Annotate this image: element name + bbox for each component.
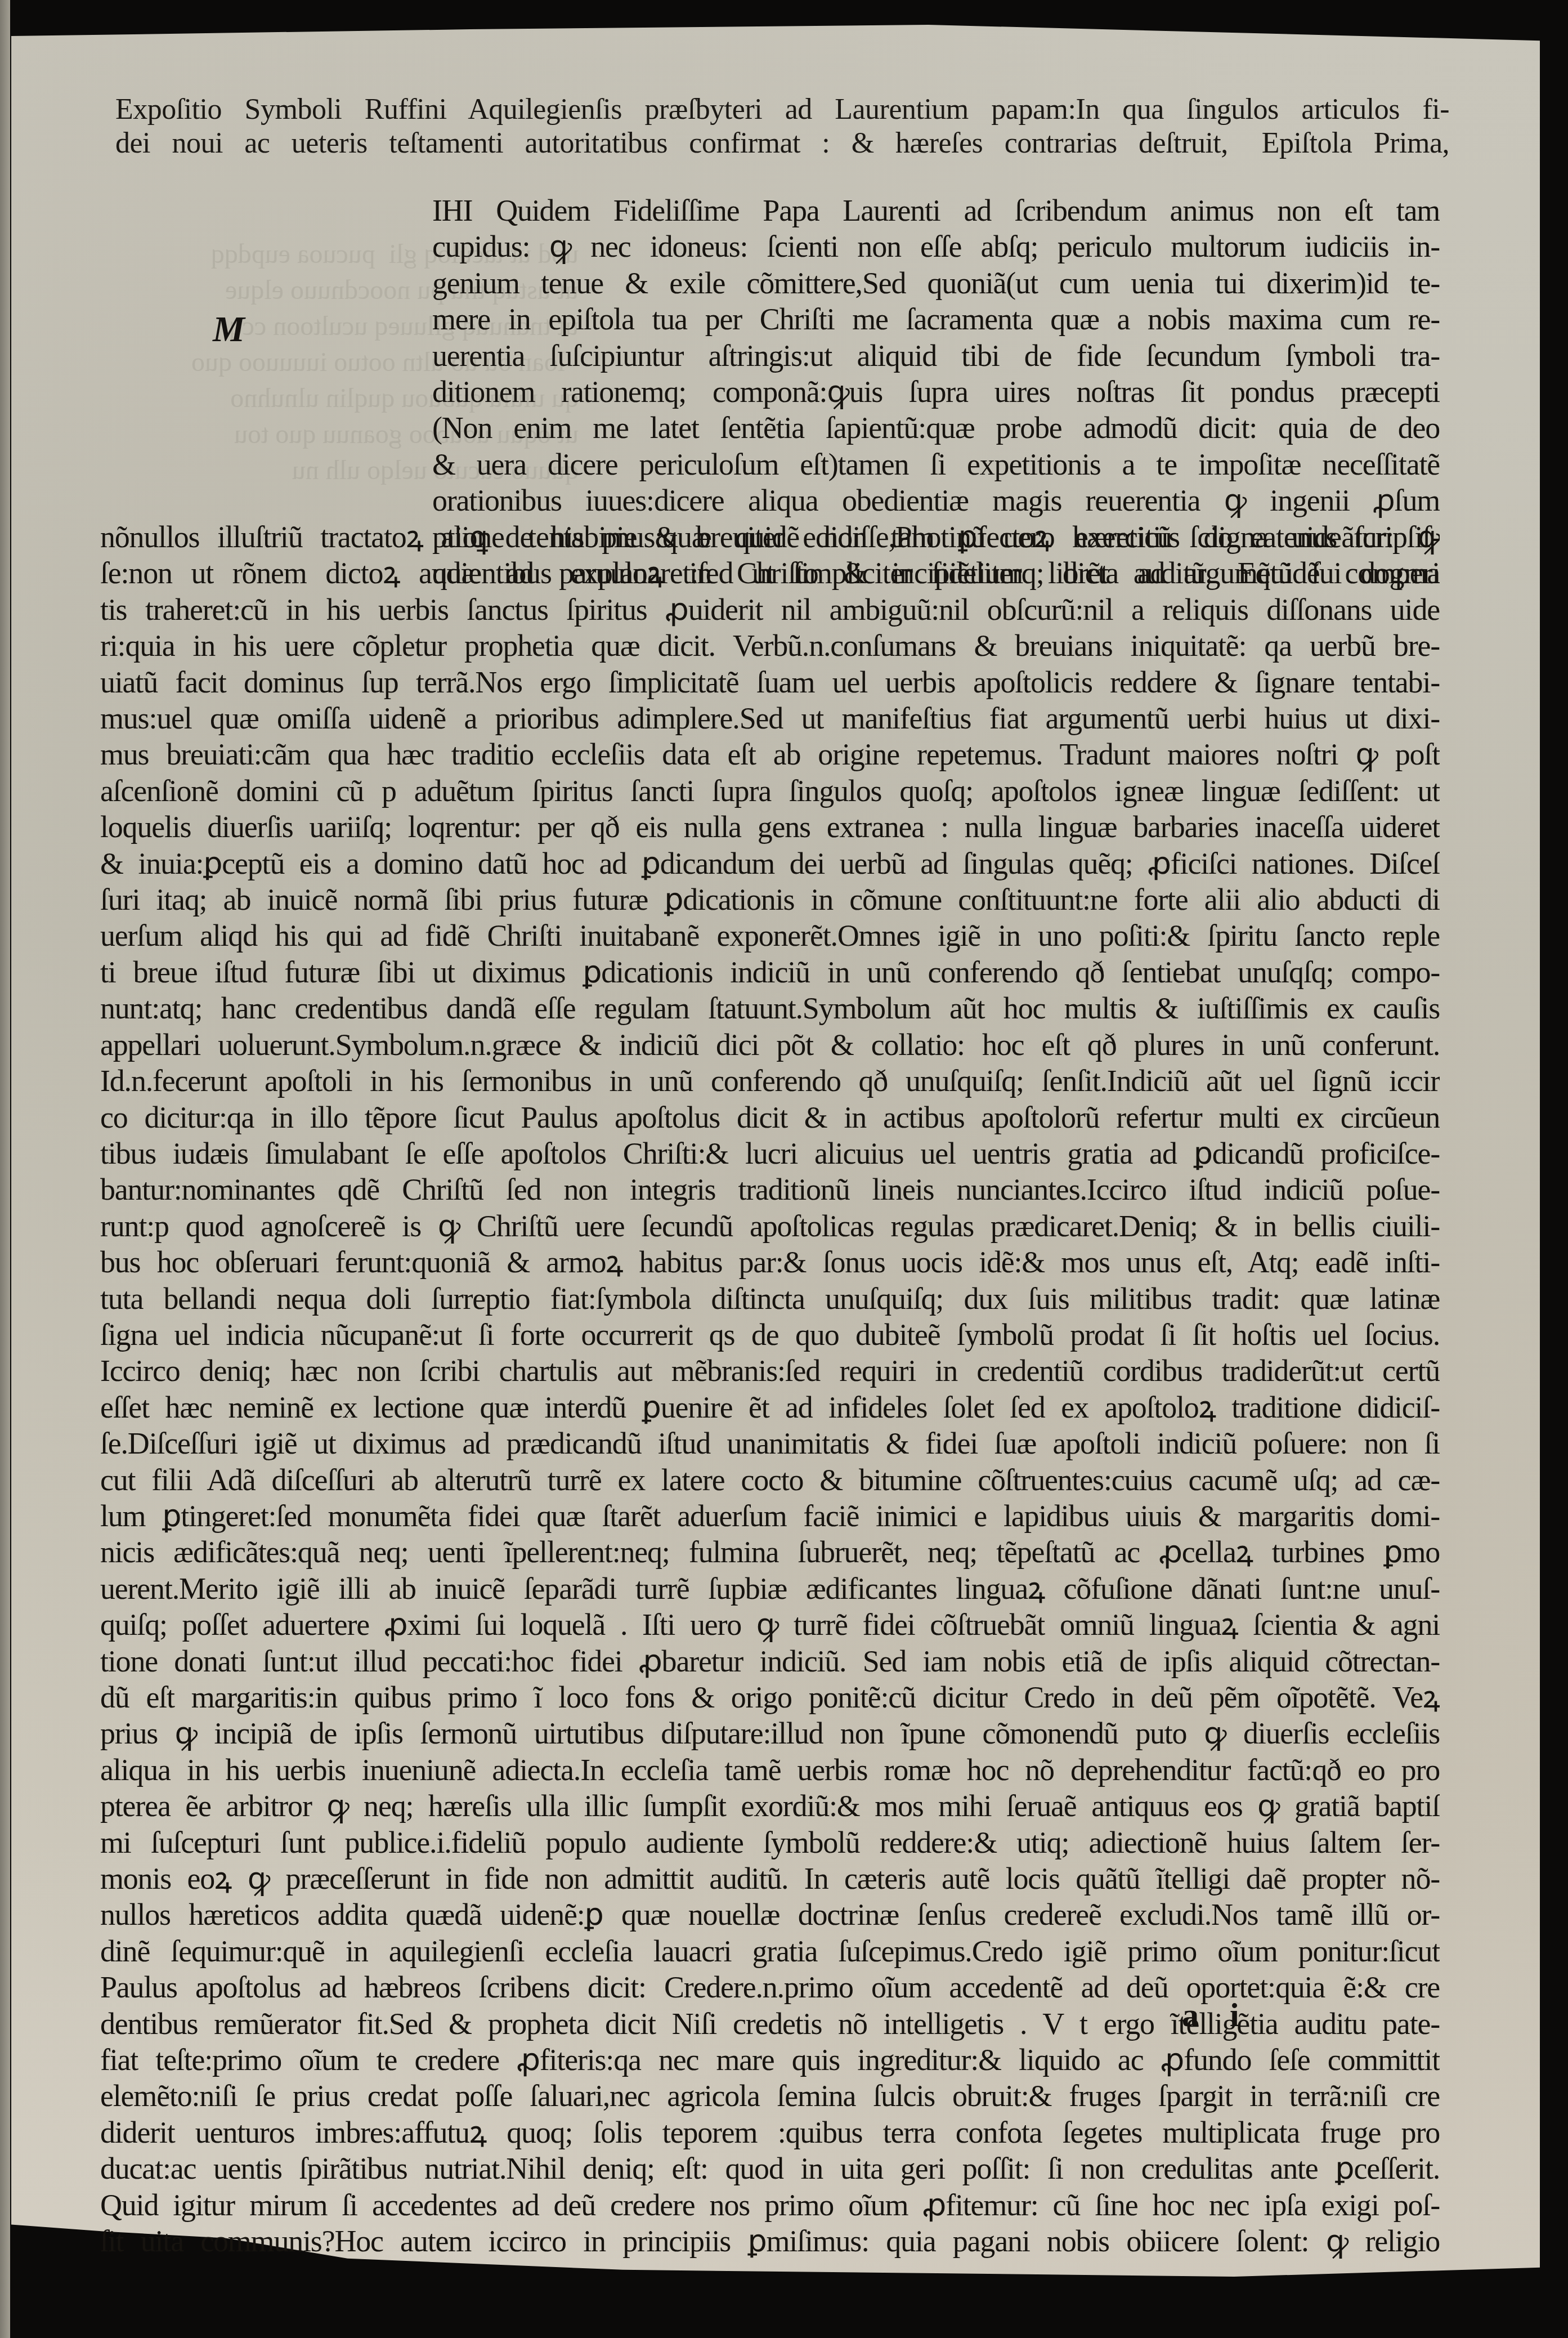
header-line-1: Expoſitio Symboli Ruffini Aquilegienſis … <box>115 93 1449 127</box>
text-line: & uera dicere periculoſum eſt)tamen ſi e… <box>432 446 1440 482</box>
text-line: cut filii Adã diſceſſuri ab alterutrũ tu… <box>100 1462 1440 1498</box>
text-line: Id.n.fecerunt apoſtoli in his ſermonibus… <box>100 1063 1440 1099</box>
text-line: ſit uita communis?Hoc autem iccirco in p… <box>100 2223 1440 2259</box>
signature-mark: a i <box>1182 1996 1239 2035</box>
text-line: loquelis diuerſis uariiſq; loqrentur: pe… <box>100 809 1440 845</box>
epistola-label: Epiſtola Prima, <box>1262 127 1449 159</box>
text-line: Quid igitur mirum ſi accedentes ad deũ c… <box>100 2187 1440 2223</box>
text-line: bantur:nominantes qdẽ Chriſtũ ſed non in… <box>100 1172 1440 1208</box>
text-line: ſigna uel indicia nũcupanẽ:ut ſi forte o… <box>100 1317 1440 1353</box>
text-line: uerent.Merito igiẽ illi ab inuicẽ ſeparã… <box>100 1571 1440 1607</box>
text-line: eſſet hæc neminẽ ex lectione quæ interdũ… <box>100 1389 1440 1425</box>
text-line: ditionem rationemq; componã:ꝙuis ſupra u… <box>432 374 1440 410</box>
initial-guide-letter: M <box>213 309 245 350</box>
text-line: fiat teſte:primo oĩum te credere ꝓfiteri… <box>100 2042 1440 2078</box>
text-line: co dicitur:qa in illo tẽpore ſicut Paulu… <box>100 1099 1440 1136</box>
text-line: tione donati ſunt:ut illud peccati:hoc f… <box>100 1643 1440 1679</box>
text-line: dinẽ ſequimur:quẽ in aquilegienſi eccleſ… <box>100 1933 1440 1969</box>
adjacent-page-edge <box>0 0 10 2338</box>
text-line: ti breue iſtud futuræ ſibi ut diximus ꝑd… <box>100 954 1440 990</box>
header-line-2-text: dei noui ac ueteris teſtamenti autoritat… <box>115 127 1228 159</box>
text-line: orationibus iuues:dicere aliqua obedient… <box>432 482 1440 518</box>
text-line: nicis ædificãtes:quã neq; uenti ĩpellere… <box>100 1534 1440 1570</box>
text-line: (Non enim me latet ſentẽtia ſapientũ:quæ… <box>432 410 1440 446</box>
text-line: pterea ẽe arbitror ꝙ neq; hæreſis ulla i… <box>100 1788 1440 1824</box>
text-line: bus hoc obſeruari ferunt:quoniã & armoꝝ … <box>100 1244 1440 1280</box>
text-line: elemẽto:niſi ſe prius credat poſſe ſalua… <box>100 2078 1440 2114</box>
text-line: nõnullos illuſtriũ tractatoꝝ aliꝗ de his… <box>100 519 1440 555</box>
text-line: tis traheret:cũ in his uerbis ſanctus ſp… <box>100 592 1440 628</box>
text-line: genium tenue & exile cõmittere,Sed quoni… <box>432 265 1440 301</box>
text-line: nullos hæreticos addita quædã uidenẽ:ꝑ q… <box>100 1897 1440 1933</box>
header-line-2: dei noui ac ueteris teſtamenti autoritat… <box>115 127 1449 160</box>
text-line: nunt:atq; hanc credentibus dandã eſſe re… <box>100 990 1440 1026</box>
text-line: diderit uenturos imbres:affutuꝝ quoq; ſo… <box>100 2115 1440 2151</box>
text-line: tibus iudæis ſimulabant ſe eſſe apoſtolo… <box>100 1136 1440 1172</box>
text-line: ſe:non ut rõnem dictoꝝ audientibus expla… <box>100 555 1440 591</box>
text-line: runt:p quod agnoſcereẽ is ꝙ Chriſtũ uere… <box>100 1208 1440 1244</box>
text-line: uerſum aliqd his qui ad fidẽ Chriſti inu… <box>100 918 1440 954</box>
text-line: uiatũ facit dominus ſup terrã.Nos ergo ſ… <box>100 664 1440 700</box>
text-line: ſuri itaq; ab inuicẽ normã ſibi prius fu… <box>100 882 1440 918</box>
text-line: aliqua in his uerbis inueniunẽ adiecta.I… <box>100 1752 1440 1788</box>
text-line: dũ eſt margaritis:in quibus primo ĩ loco… <box>100 1679 1440 1715</box>
text-line: ducat:ac uentis ſpirãtibus nutriat.Nihil… <box>100 2151 1440 2187</box>
text-line: mere in epiſtola tua per Chriſti me ſacr… <box>432 301 1440 337</box>
text-line: mus breuiati:cãm qua hæc traditio eccleſ… <box>100 736 1440 772</box>
text-line: IHI Quidem Fideliſſime Papa Laurenti ad … <box>432 193 1440 229</box>
text-line: mi ſuſcepturi ſunt publice.i.fideliũ pop… <box>100 1825 1440 1861</box>
text-line: aſcenſionẽ domini cũ p aduẽtum ſpiritus … <box>100 773 1440 809</box>
text-line: tuta bellandi nequa doli ſurreptio fiat:… <box>100 1281 1440 1317</box>
text-line: quiſq; poſſet aduertere ꝓximi ſui loquel… <box>100 1607 1440 1643</box>
text-line: prius ꝙ incipiã de ipſis ſermonũ uirtuti… <box>100 1715 1440 1751</box>
text-line: cupidus: ꝙ nec idoneus: ſcienti non eſſe… <box>432 229 1440 265</box>
text-line: ri:quia in his uere cõpletur prophetia q… <box>100 628 1440 664</box>
text-line: uerentia ſuſcipiuntur aſtringis:ut aliqu… <box>432 338 1440 374</box>
text-line: monis eoꝝ ꝙ præceſſerunt in fide non adm… <box>100 1861 1440 1897</box>
text-line: lum ꝑtingeret:ſed monumẽta fidei quæ ſta… <box>100 1498 1440 1534</box>
text-line: mus:uel quæ omiſſa uidenẽ a prioribus ad… <box>100 700 1440 736</box>
text-line: Iccirco deniq; hæc non ſcribi chartulis … <box>100 1353 1440 1389</box>
text-line: ſe.Diſceſſuri igiẽ ut diximus ad prædica… <box>100 1425 1440 1461</box>
text-line: appellari uoluerunt.Symbolum.n.græce & i… <box>100 1027 1440 1063</box>
text-line: & inuia:ꝑceptũ eis a domino datũ hoc ad … <box>100 846 1440 882</box>
document-header: Expoſitio Symboli Ruffini Aquilegienſis … <box>115 93 1449 160</box>
